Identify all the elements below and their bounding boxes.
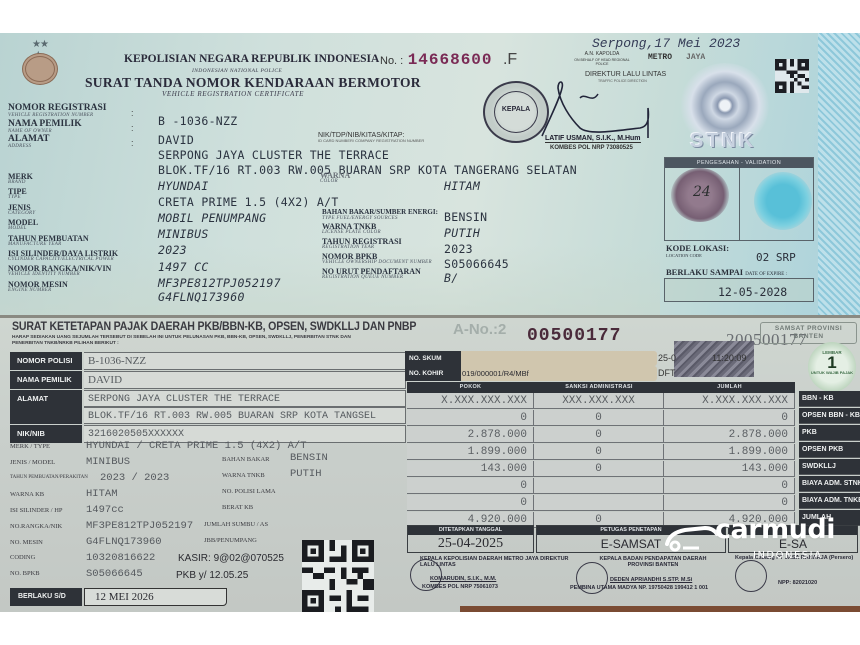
amount-cell-pokok: 2.878.000: [407, 427, 534, 443]
value-color: HITAM: [444, 179, 480, 193]
amount-cell-pokok: 0: [407, 478, 534, 494]
tax-component-label: BIAYA ADM. STNK: [799, 476, 860, 492]
amount-cell-pokok: 0: [407, 410, 534, 426]
form-number-label: A-No.:2: [453, 321, 506, 338]
value-plate-color: PUTIH: [444, 226, 480, 240]
tax-component-label: PKB: [799, 425, 860, 441]
signer-name: LATIF USMAN, S.I.K., M.Hum: [545, 135, 641, 143]
document-title-en: VEHICLE REGISTRATION CERTIFICATE: [162, 90, 304, 98]
tax-subtitle: HARAP SEDIAKAN UANG SEJUMLAH TERSEBUT DI…: [12, 335, 382, 347]
validation-box: PENGESAHAN - VALIDATION 24: [664, 157, 814, 241]
valid-until-value: 12-05-2028: [718, 285, 787, 299]
label-vin: NOMOR RANGKA/NIK/VINVEHICLE IDENTITY NUM…: [8, 265, 111, 277]
tax-valid-until-value: 12 MEI 2026: [84, 588, 227, 606]
tax-component-label: OPSEN BBN - KB: [799, 408, 860, 424]
amount-cell-jumlah: X.XXX.XXX.XXX: [664, 393, 795, 409]
amount-cell-sanksi: 0: [534, 427, 664, 443]
address-line2-value: BLOK.TF/16 RT.003 RW.005 BUARAN SRP KOTA…: [84, 407, 406, 424]
qr-code-icon[interactable]: [774, 59, 810, 93]
value-registration-year: 2023: [444, 242, 473, 256]
table-row: NOMOR POLISI B-1036-NZZ: [10, 352, 400, 370]
location-code-label: KODE LOKASI:LOCATION CODE: [666, 245, 729, 259]
tax-component-label: OPSEN PKB: [799, 442, 860, 458]
amount-cell-sanksi: [534, 478, 664, 494]
value-address-line2: BLOK.TF/16 RT.003 RW.005 BUARAN SRP KOTA…: [158, 163, 577, 177]
table-row: NAMA PEMILIK DAVID: [10, 371, 400, 389]
issue-place-date: Serpong,17 Mei 2023: [592, 36, 740, 51]
amount-cell-jumlah: 143.000: [664, 461, 795, 477]
label-type: TIPETYPE: [8, 188, 27, 200]
pkb-date: PKB y/ 12.05.25: [176, 570, 248, 581]
label-model: MODELMODEL: [8, 219, 38, 231]
amount-cell-sanksi: 0: [534, 444, 664, 460]
authority-name: KEPOLISIAN NEGARA REPUBLIK INDONESIA: [124, 53, 379, 65]
value-fuel: BENSIN: [444, 210, 487, 224]
validation-stamp-icon: 24: [671, 168, 729, 222]
label-registration-year: TAHUN REGISTRASIREGISTRATION YEAR: [322, 238, 402, 250]
amount-cell-sanksi: XXX.XXX.XXX: [534, 393, 664, 409]
value-owner-name: DAVID: [158, 133, 194, 147]
samsat-label: SAMSAT PROVINSI BANTEN: [760, 322, 857, 344]
value-queue-number: B/: [444, 271, 458, 285]
police-emblem-icon: ★★ ★: [22, 43, 60, 87]
issued-date-value: 25-04-2025: [408, 535, 533, 553]
validation-header: PENGESAHAN - VALIDATION: [665, 158, 813, 168]
qr-code-icon[interactable]: [302, 540, 374, 612]
label-plate-color: WARNA TNKBLICENSE PLATE COLOR: [322, 223, 381, 235]
nik-label: NIK/TDP/NIB/KITAS/KITAP: ID CARD NUMBER/…: [318, 132, 424, 144]
amount-cell-pokok: 143.000: [407, 461, 534, 477]
label-queue-number: NO URUT PENDAFTARANREGISTRATION QUEUE NU…: [322, 268, 421, 280]
region-label: METROJAYA: [648, 53, 705, 62]
director-title: DIREKTUR LALU LINTAS: [585, 71, 666, 78]
kohir-row: NO. KOHIR 019/000001/R4/MBf: [405, 366, 657, 381]
brand-type-value: HYUNDAI / CRETA PRIME 1.5 (4X2) A/T: [86, 440, 307, 452]
tax-valid-until: BERLAKU S/D 12 MEI 2026: [10, 588, 227, 606]
amount-cell-jumlah: 0: [664, 495, 795, 511]
amount-cell-jumlah: 0: [664, 410, 795, 426]
validation-stamp-cyan-icon: [754, 172, 812, 230]
label-fuel: BAHAN BAKAR/SUMBER ENERGI:TYPE FUEL/ENER…: [322, 209, 438, 221]
value-category: MOBIL PENUMPANG: [158, 211, 266, 225]
label-owner-name: NAMA PEMILIKNAME OF OWNER: [8, 120, 82, 134]
cylinder-value: 1497cc: [86, 504, 124, 516]
document-title: SURAT TANDA NOMOR KENDARAAN BERMOTOR: [85, 75, 421, 91]
on-behalf-label: A.N. KAPOLDA ON BEHALF OF HEAD REGIONAL …: [572, 52, 632, 66]
signer-nrp: KOMBES POL NRP 73080525: [550, 145, 633, 151]
tax-component-label: SWDKLLJ: [799, 459, 860, 475]
tax-component-label: BBN - KB: [799, 391, 860, 407]
amount-cell-jumlah: 0: [664, 478, 795, 494]
valid-until-label: BERLAKU SAMPAI DATE OF EXPIRE :: [666, 267, 787, 277]
car-logo-icon: [665, 522, 719, 552]
stnk-certificate: ★★ ★ KEPOLISIAN NEGARA REPUBLIK INDONESI…: [0, 33, 860, 315]
label-engine-number: NOMOR MESINENGINE NUMBER: [8, 281, 68, 293]
engine-number-value: G4FLNQ173960: [86, 536, 162, 548]
value-cylinder-capacity: 1497 CC: [158, 260, 209, 274]
label-color: WARNACOLOR: [320, 172, 350, 184]
tax-component-label: BIAYA ADM. TNKB: [799, 493, 860, 509]
label-category: JENISCATEGORY: [8, 204, 35, 216]
skum-row: NO. SKUM: [405, 351, 657, 366]
serial-number: No. : 14668600 .F: [380, 51, 517, 69]
vehicle-documents-photo: ★★ ★ KEPOLISIAN NEGARA REPUBLIK INDONESI…: [0, 33, 860, 612]
model-value: MINIBUS: [86, 456, 130, 468]
table-row: ALAMAT SERPONG JAYA CLUSTER THE TERRACE …: [10, 390, 400, 424]
label-registration-number: NOMOR REGISTRASIVEHICLE REGISTRATION NUM…: [8, 104, 106, 118]
tax-title: SURAT KETETAPAN PAJAK DAERAH PKB/BBN-KB,…: [12, 321, 416, 333]
plate-color-value: PUTIH: [290, 468, 322, 480]
amount-cell-pokok: 1.899.000: [407, 444, 534, 460]
amount-cell-pokok: 0: [407, 495, 534, 511]
label-address: ALAMATADDRESS: [8, 135, 50, 149]
label-manufacture-year: TAHUN PEMBUATANMANUFACTURE YEAR: [8, 235, 89, 247]
amount-cell-sanksi: [534, 495, 664, 511]
fuel-value: BENSIN: [290, 452, 328, 464]
amount-cell-jumlah: 1.899.000: [664, 444, 795, 460]
value-vin: MF3PE812TPJ052197: [158, 276, 281, 290]
value-model: MINIBUS: [158, 227, 209, 241]
value-type: CRETA PRIME 1.5 (4X2) A/T: [158, 195, 339, 209]
kohir-value: 019/000001/R4/MBf: [461, 366, 657, 381]
location-code-value: 02 SRP: [756, 251, 796, 264]
police-number-value: B-1036-NZZ: [84, 352, 406, 370]
value-engine-number: G4FLNQ173960: [158, 290, 245, 304]
cashier-code: KASIR: 9@02@070525: [178, 553, 284, 564]
amount-cell-sanksi: 0: [534, 461, 664, 477]
bpkb-value: S05066645: [86, 568, 143, 580]
authority-name-en: INDONESIAN NATIONAL POLICE: [192, 68, 282, 74]
amount-cell-pokok: X.XXX.XXX.XXX: [407, 393, 534, 409]
issued-date-box: DITETAPKAN TANGGAL 25-04-2025: [407, 525, 534, 553]
value-registration-number: B -1036-NZZ: [158, 114, 237, 128]
stnk-hologram-label: STNK: [690, 130, 756, 153]
value-address-line1: SERPONG JAYA CLUSTER THE TERRACE: [158, 148, 389, 162]
form-number-value: 00500177: [527, 326, 621, 346]
value-brand: HYUNDAI: [158, 179, 209, 193]
vin-value: MF3PE812TPJ052197: [86, 520, 193, 532]
carmudi-watermark: carmudi INDONESIA: [665, 522, 855, 570]
label-cylinder-capacity: ISI SILINDER/DAYA LISTRIKCYLINDER CAPACI…: [8, 250, 118, 262]
color-value: HITAM: [86, 488, 118, 500]
address-line1-value: SERPONG JAYA CLUSTER THE TERRACE: [84, 390, 406, 407]
coding-value: 10320816622: [86, 552, 155, 564]
label-brand: MERKBRAND: [8, 173, 33, 185]
value-bpkb-number: S05066645: [444, 257, 509, 271]
tax-assessment-letter: SURAT KETETAPAN PAJAK DAERAH PKB/BBN-KB,…: [0, 315, 860, 612]
manufacture-year-value: 2023 / 2023: [100, 472, 169, 484]
owner-name-value: DAVID: [84, 371, 406, 389]
copy-badge: LEMBAR 1 UNTUK WAJIB PAJAK: [808, 342, 856, 392]
amount-cell-jumlah: 2.878.000: [664, 427, 795, 443]
label-bpkb-number: NOMOR BPKBVEHICLE OWNERSHIP DOCUMENT NUM…: [322, 253, 432, 265]
signature-icon: [540, 78, 660, 138]
skum-value: [461, 351, 657, 366]
value-manufacture-year: 2023: [158, 243, 187, 257]
amount-cell-sanksi: 0: [534, 410, 664, 426]
